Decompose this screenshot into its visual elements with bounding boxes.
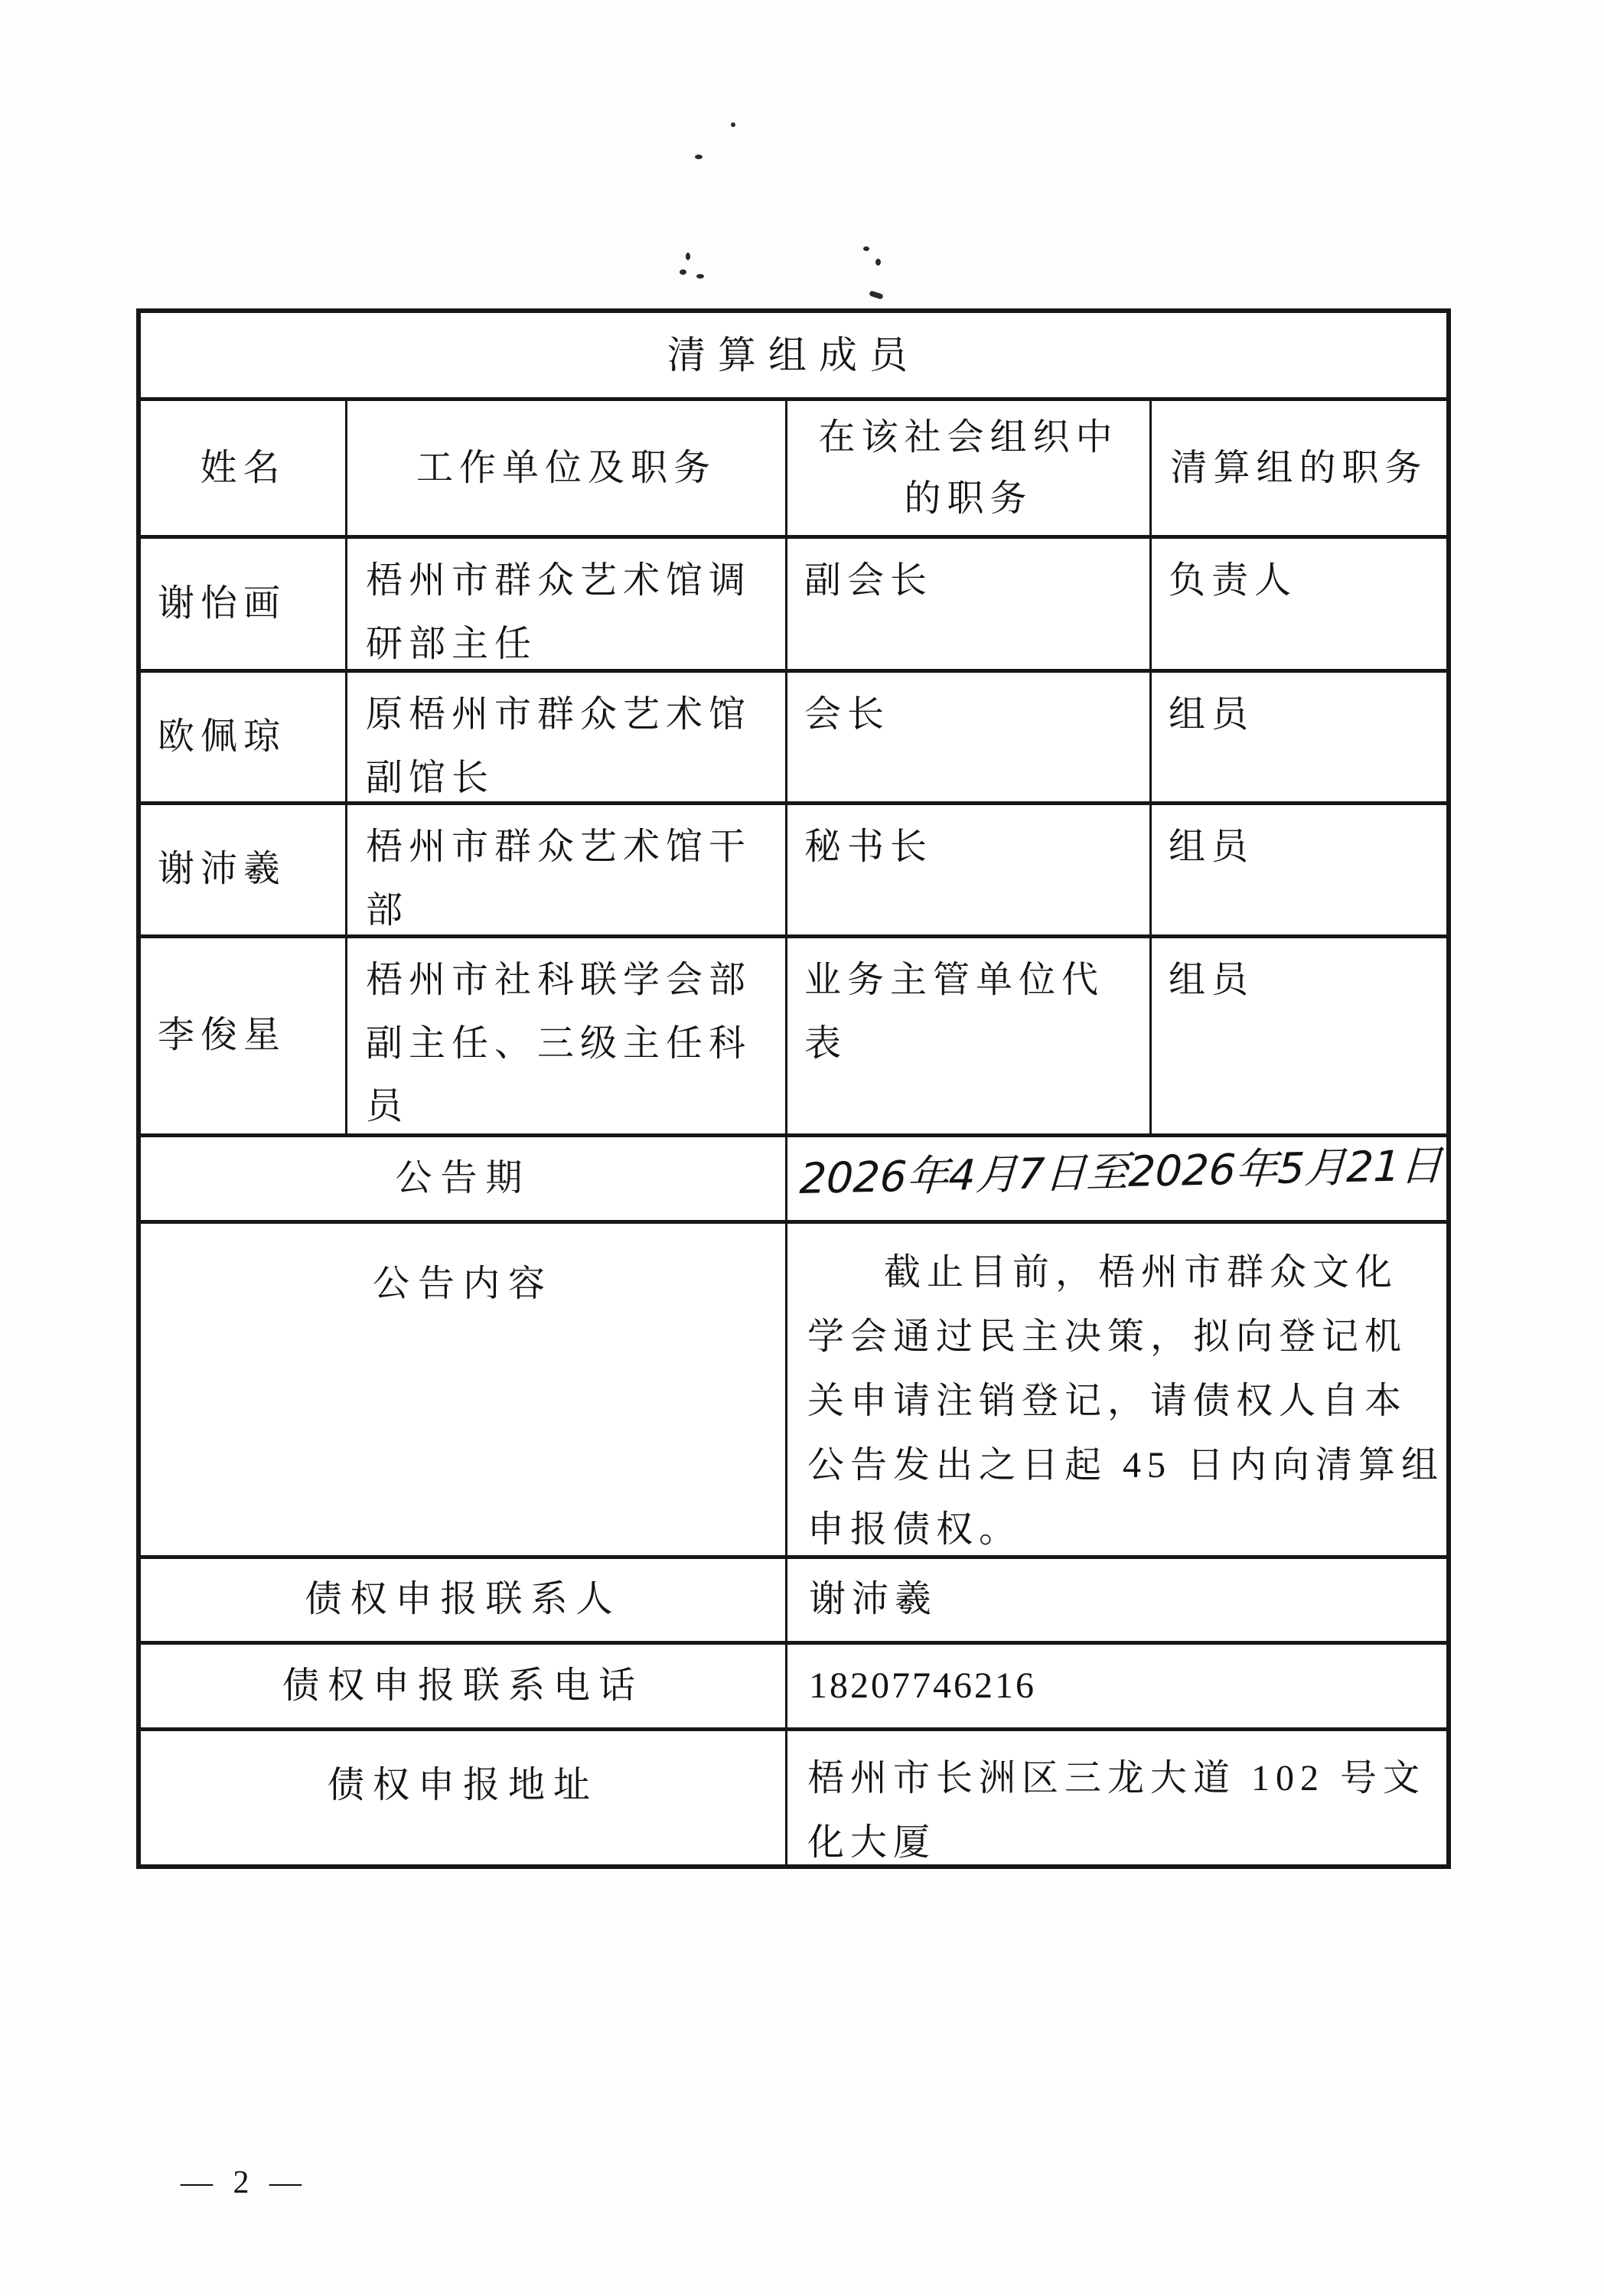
member-liq-position: 组员: [1152, 805, 1446, 938]
scanned-document-page: 清算组成员 姓名 工作单位及职务 在该社会组织中的职务 清算组的职务 谢怡画 梧…: [0, 0, 1604, 2296]
address-line: 化大厦: [807, 1811, 1436, 1864]
page-number: — 2 —: [181, 2164, 308, 2201]
member-org-position: 秘书长: [787, 805, 1152, 938]
ink-speck: [869, 290, 883, 299]
member-work-unit: 梧州市群众艺术馆干部: [347, 805, 787, 938]
claim-phone-label: 债权申报联系电话: [141, 1645, 787, 1731]
claim-contact-value: 谢沛羲: [787, 1559, 1446, 1645]
col-header-name: 姓名: [141, 401, 347, 539]
member-work-unit: 梧州市群众艺术馆调研部主任: [347, 539, 787, 673]
claim-address-value: 梧州市长洲区三龙大道 102 号文 化大厦: [787, 1731, 1446, 1864]
ink-speck: [696, 274, 704, 279]
announcement-content-value: 截止目前，梧州市群众文化 学会通过民主决策，拟向登记机 关申请注销登记，请债权人…: [787, 1224, 1446, 1559]
member-name: 李俊星: [141, 938, 347, 1137]
member-name: 谢怡画: [141, 539, 347, 673]
member-org-position: 会长: [787, 673, 1152, 805]
ink-speck: [875, 259, 881, 266]
col-header-org-position: 在该社会组织中的职务: [787, 401, 1152, 539]
ink-speck: [680, 269, 686, 275]
announcement-period-label: 公告期: [141, 1137, 787, 1224]
content-line: 截止目前，梧州市群众文化: [807, 1241, 1436, 1305]
handwritten-date: 2026年4月7日至2026年5月21日: [795, 1137, 1444, 1215]
member-org-position: 副会长: [787, 539, 1152, 673]
member-liq-position: 组员: [1152, 673, 1446, 805]
claim-contact-label: 债权申报联系人: [141, 1559, 787, 1645]
member-liq-position: 负责人: [1152, 539, 1446, 673]
content-line: 学会通过民主决策，拟向登记机: [807, 1305, 1436, 1369]
liquidation-group-table: 清算组成员 姓名 工作单位及职务 在该社会组织中的职务 清算组的职务 谢怡画 梧…: [136, 308, 1451, 1869]
content-line: 公告发出之日起 45 日内向清算组: [807, 1433, 1436, 1498]
claim-phone-value: 18207746216: [787, 1645, 1446, 1731]
member-name: 欧佩琼: [141, 673, 347, 805]
ink-speck: [686, 253, 690, 260]
member-work-unit: 梧州市社科联学会部副主任、三级主任科员: [347, 938, 787, 1137]
member-liq-position: 组员: [1152, 938, 1446, 1137]
ink-speck: [695, 155, 703, 159]
member-name: 谢沛羲: [141, 805, 347, 938]
col-header-liq-position: 清算组的职务: [1152, 401, 1446, 539]
claim-address-label: 债权申报地址: [141, 1731, 787, 1864]
announcement-content-label: 公告内容: [141, 1224, 787, 1559]
ink-speck: [731, 122, 735, 127]
announcement-period-value: 2026年4月7日至2026年5月21日: [787, 1137, 1446, 1224]
address-line: 梧州市长洲区三龙大道 102 号文: [807, 1746, 1436, 1811]
content-line: 关申请注销登记，请债权人自本: [807, 1369, 1436, 1433]
ink-speck: [863, 246, 869, 251]
member-work-unit: 原梧州市群众艺术馆副馆长: [347, 673, 787, 805]
member-org-position: 业务主管单位代表: [787, 938, 1152, 1137]
content-line: 申报债权。: [807, 1498, 1436, 1559]
col-header-work-unit: 工作单位及职务: [347, 401, 787, 539]
table-title: 清算组成员: [141, 313, 1446, 401]
